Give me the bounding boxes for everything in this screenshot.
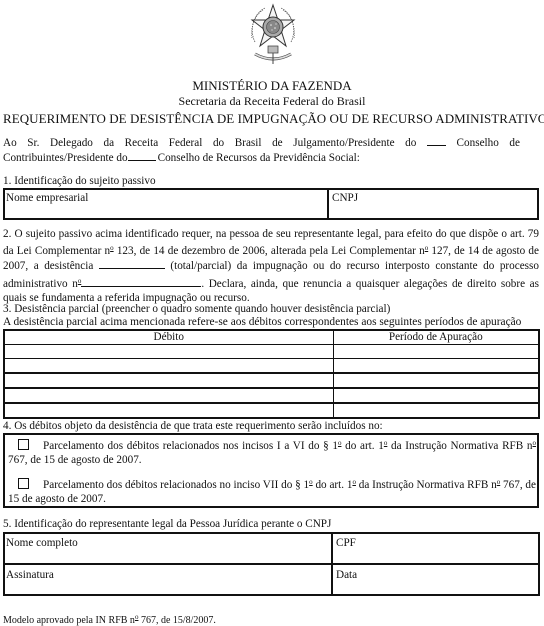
footer-text: 767, de 15/8/2007. [138,615,216,626]
intro-paragraph: Ao Sr. Delegado da Receita Federal do Br… [3,135,520,165]
section4-label: 4. Os débitos objeto da desistência de q… [3,420,383,433]
debito-cell[interactable] [4,359,333,374]
option-text: do art. 1 [341,440,383,452]
section2-text: 123, de 14 de dezembro de 2006, alterada… [114,245,425,257]
section3-sublabel: A desistência parcial acima mencionada r… [3,316,521,330]
section5-box: Nome completo CPF Assinatura Data [3,532,540,596]
option-inciso-vii: Parcelamento dos débitos relacionados no… [8,475,536,506]
signature-field[interactable]: Assinatura [6,569,54,582]
ministry-name: MINISTÉRIO DA FAZENDA [0,78,544,94]
cpf-field[interactable]: CPF [336,537,356,550]
brazil-coat-of-arms-icon [247,2,299,74]
intro-text: Ao Sr. Delegado da Receita Federal do Br… [3,137,427,149]
checkbox-incisos-i-vi[interactable] [18,439,29,450]
company-name-field[interactable]: Nome empresarial [6,192,88,205]
periodo-cell[interactable] [333,359,539,374]
section3-label: 3. Desistência parcial (preencher o quad… [3,303,390,316]
secretariat-name: Secretaria da Receita Federal do Brasil [0,94,544,108]
cnpj-field[interactable]: CNPJ [332,192,358,205]
option-incisos-i-vi: Parcelamento dos débitos relacionados no… [8,436,536,467]
date-field[interactable]: Data [336,569,357,582]
desistencia-type-field[interactable] [99,258,165,269]
section5-label: 5. Identificação do representante legal … [3,518,331,531]
debito-cell[interactable] [4,373,333,388]
option-text: 767, de 15 de agosto de 2007. [8,454,142,466]
section1-box: Nome empresarial CNPJ [3,188,539,220]
periodo-cell[interactable] [333,388,539,403]
divider [331,534,333,594]
option-text: Parcelamento dos débitos relacionados no… [43,440,338,452]
council-number-blank[interactable] [427,135,446,146]
form-title: REQUERIMENTO DE DESISTÊNCIA DE IMPUGNAÇÃ… [3,111,544,127]
col-debito: Débito [4,330,333,345]
section2-paragraph: 2. O sujeito passivo acima identificado … [3,227,539,305]
periodo-cell[interactable] [333,373,539,388]
option-text: do art. 1 [313,479,353,491]
full-name-field[interactable]: Nome completo [6,537,78,550]
footer-text: Modelo aprovado pela IN RFB n [3,615,135,626]
council-number-blank-2[interactable] [128,150,156,161]
debito-cell[interactable] [4,388,333,403]
col-periodo: Período de Apuração [333,330,539,345]
debito-cell[interactable] [4,345,333,359]
option-text: da Instrução Normativa RFB n [356,479,497,491]
checkbox-inciso-vii[interactable] [18,478,29,489]
option-text: da Instrução Normativa RFB n [387,440,532,452]
divider [5,563,538,565]
section4-box: Parcelamento dos débitos relacionados no… [3,433,539,508]
intro-text: Conselho de Recursos da Previdência Soci… [158,152,360,164]
process-number-field[interactable] [81,276,201,287]
periodo-cell[interactable] [333,403,539,418]
debts-table: Débito Período de Apuração [3,329,540,419]
periodo-cell[interactable] [333,345,539,359]
debito-cell[interactable] [4,403,333,418]
footer-note: Modelo aprovado pela IN RFB no 767, de 1… [3,613,216,626]
divider [327,190,329,218]
section1-label: 1. Identificação do sujeito passivo [3,175,156,188]
option-text: Parcelamento dos débitos relacionados no… [43,479,309,491]
